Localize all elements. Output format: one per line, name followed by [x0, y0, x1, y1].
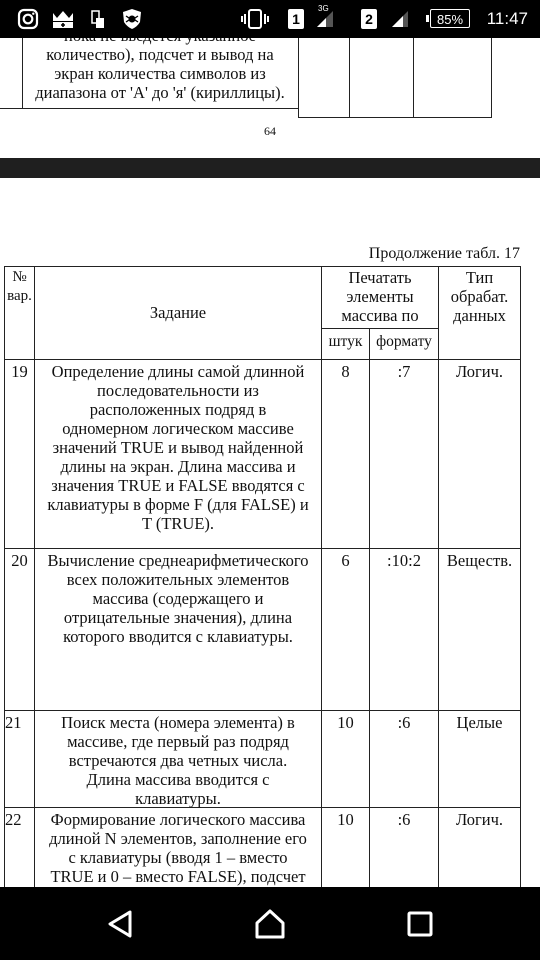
row-count: 8 [322, 362, 369, 381]
row-type: Целые [439, 713, 520, 732]
row-format: :6 [370, 810, 438, 829]
row-count: 10 [322, 713, 369, 732]
navigation-bar [0, 887, 540, 960]
vibrate-icon [240, 8, 270, 30]
row-task: Вычисление среднеарифметического всех по… [35, 551, 321, 646]
signal-sim1-icon [316, 10, 334, 28]
header-task: Задание [35, 303, 321, 322]
document-viewer[interactable]: пока не введется указанное количество), … [0, 38, 540, 887]
sim2-icon: 2 [361, 9, 377, 29]
row-count: 10 [322, 810, 369, 829]
crown-app-icon [50, 8, 76, 30]
status-bar: 1 3G 2 85% 11:47 [0, 0, 540, 38]
back-button[interactable] [100, 907, 140, 941]
header-variant-number: № вар. [5, 268, 34, 306]
recents-icon [406, 910, 434, 938]
clock: 11:47 [487, 8, 528, 30]
row-task: Поиск места (номера элемента) в массиве,… [35, 713, 321, 808]
row-number: 19 [5, 362, 34, 381]
row-number: 20 [5, 551, 34, 570]
header-print-elements: Печатать элементы массива по [322, 268, 438, 325]
recents-button[interactable] [400, 907, 440, 941]
page-65: Продолжение табл. 17 № вар. Задание Печа… [0, 178, 540, 887]
row-type: Логич. [439, 362, 520, 381]
row-format: :10:2 [370, 551, 438, 570]
row-type: Логич. [439, 810, 520, 829]
row-type: Веществ. [439, 551, 520, 570]
header-data-type: Тип обрабат. данных [439, 268, 520, 325]
back-icon [106, 909, 134, 939]
page-separator [0, 158, 540, 178]
row-task: Определение длины самой длинной последов… [35, 362, 321, 533]
home-icon [254, 908, 286, 940]
page-number: 64 [0, 124, 540, 139]
header-print-format: формату [370, 332, 438, 351]
header-print-count: штук [322, 332, 369, 351]
row-number: 21 [5, 713, 34, 732]
battery-indicator: 85% [430, 9, 470, 28]
sd-card-icon [90, 8, 106, 30]
row-number: 22 [5, 810, 34, 829]
spider-antivirus-icon [120, 8, 144, 30]
row-format: :7 [370, 362, 438, 381]
row-format: :6 [370, 713, 438, 732]
signal-sim2-icon [391, 10, 409, 28]
prev-task-text: пока не введется указанное количество), … [22, 38, 298, 102]
instagram-icon [16, 8, 40, 30]
row-task: Формирование логического массива длиной … [35, 810, 321, 886]
home-button[interactable] [250, 907, 290, 941]
page-64: пока не введется указанное количество), … [0, 38, 540, 158]
row-count: 6 [322, 551, 369, 570]
table-caption: Продолжение табл. 17 [369, 245, 520, 263]
sim1-icon: 1 [288, 9, 304, 29]
